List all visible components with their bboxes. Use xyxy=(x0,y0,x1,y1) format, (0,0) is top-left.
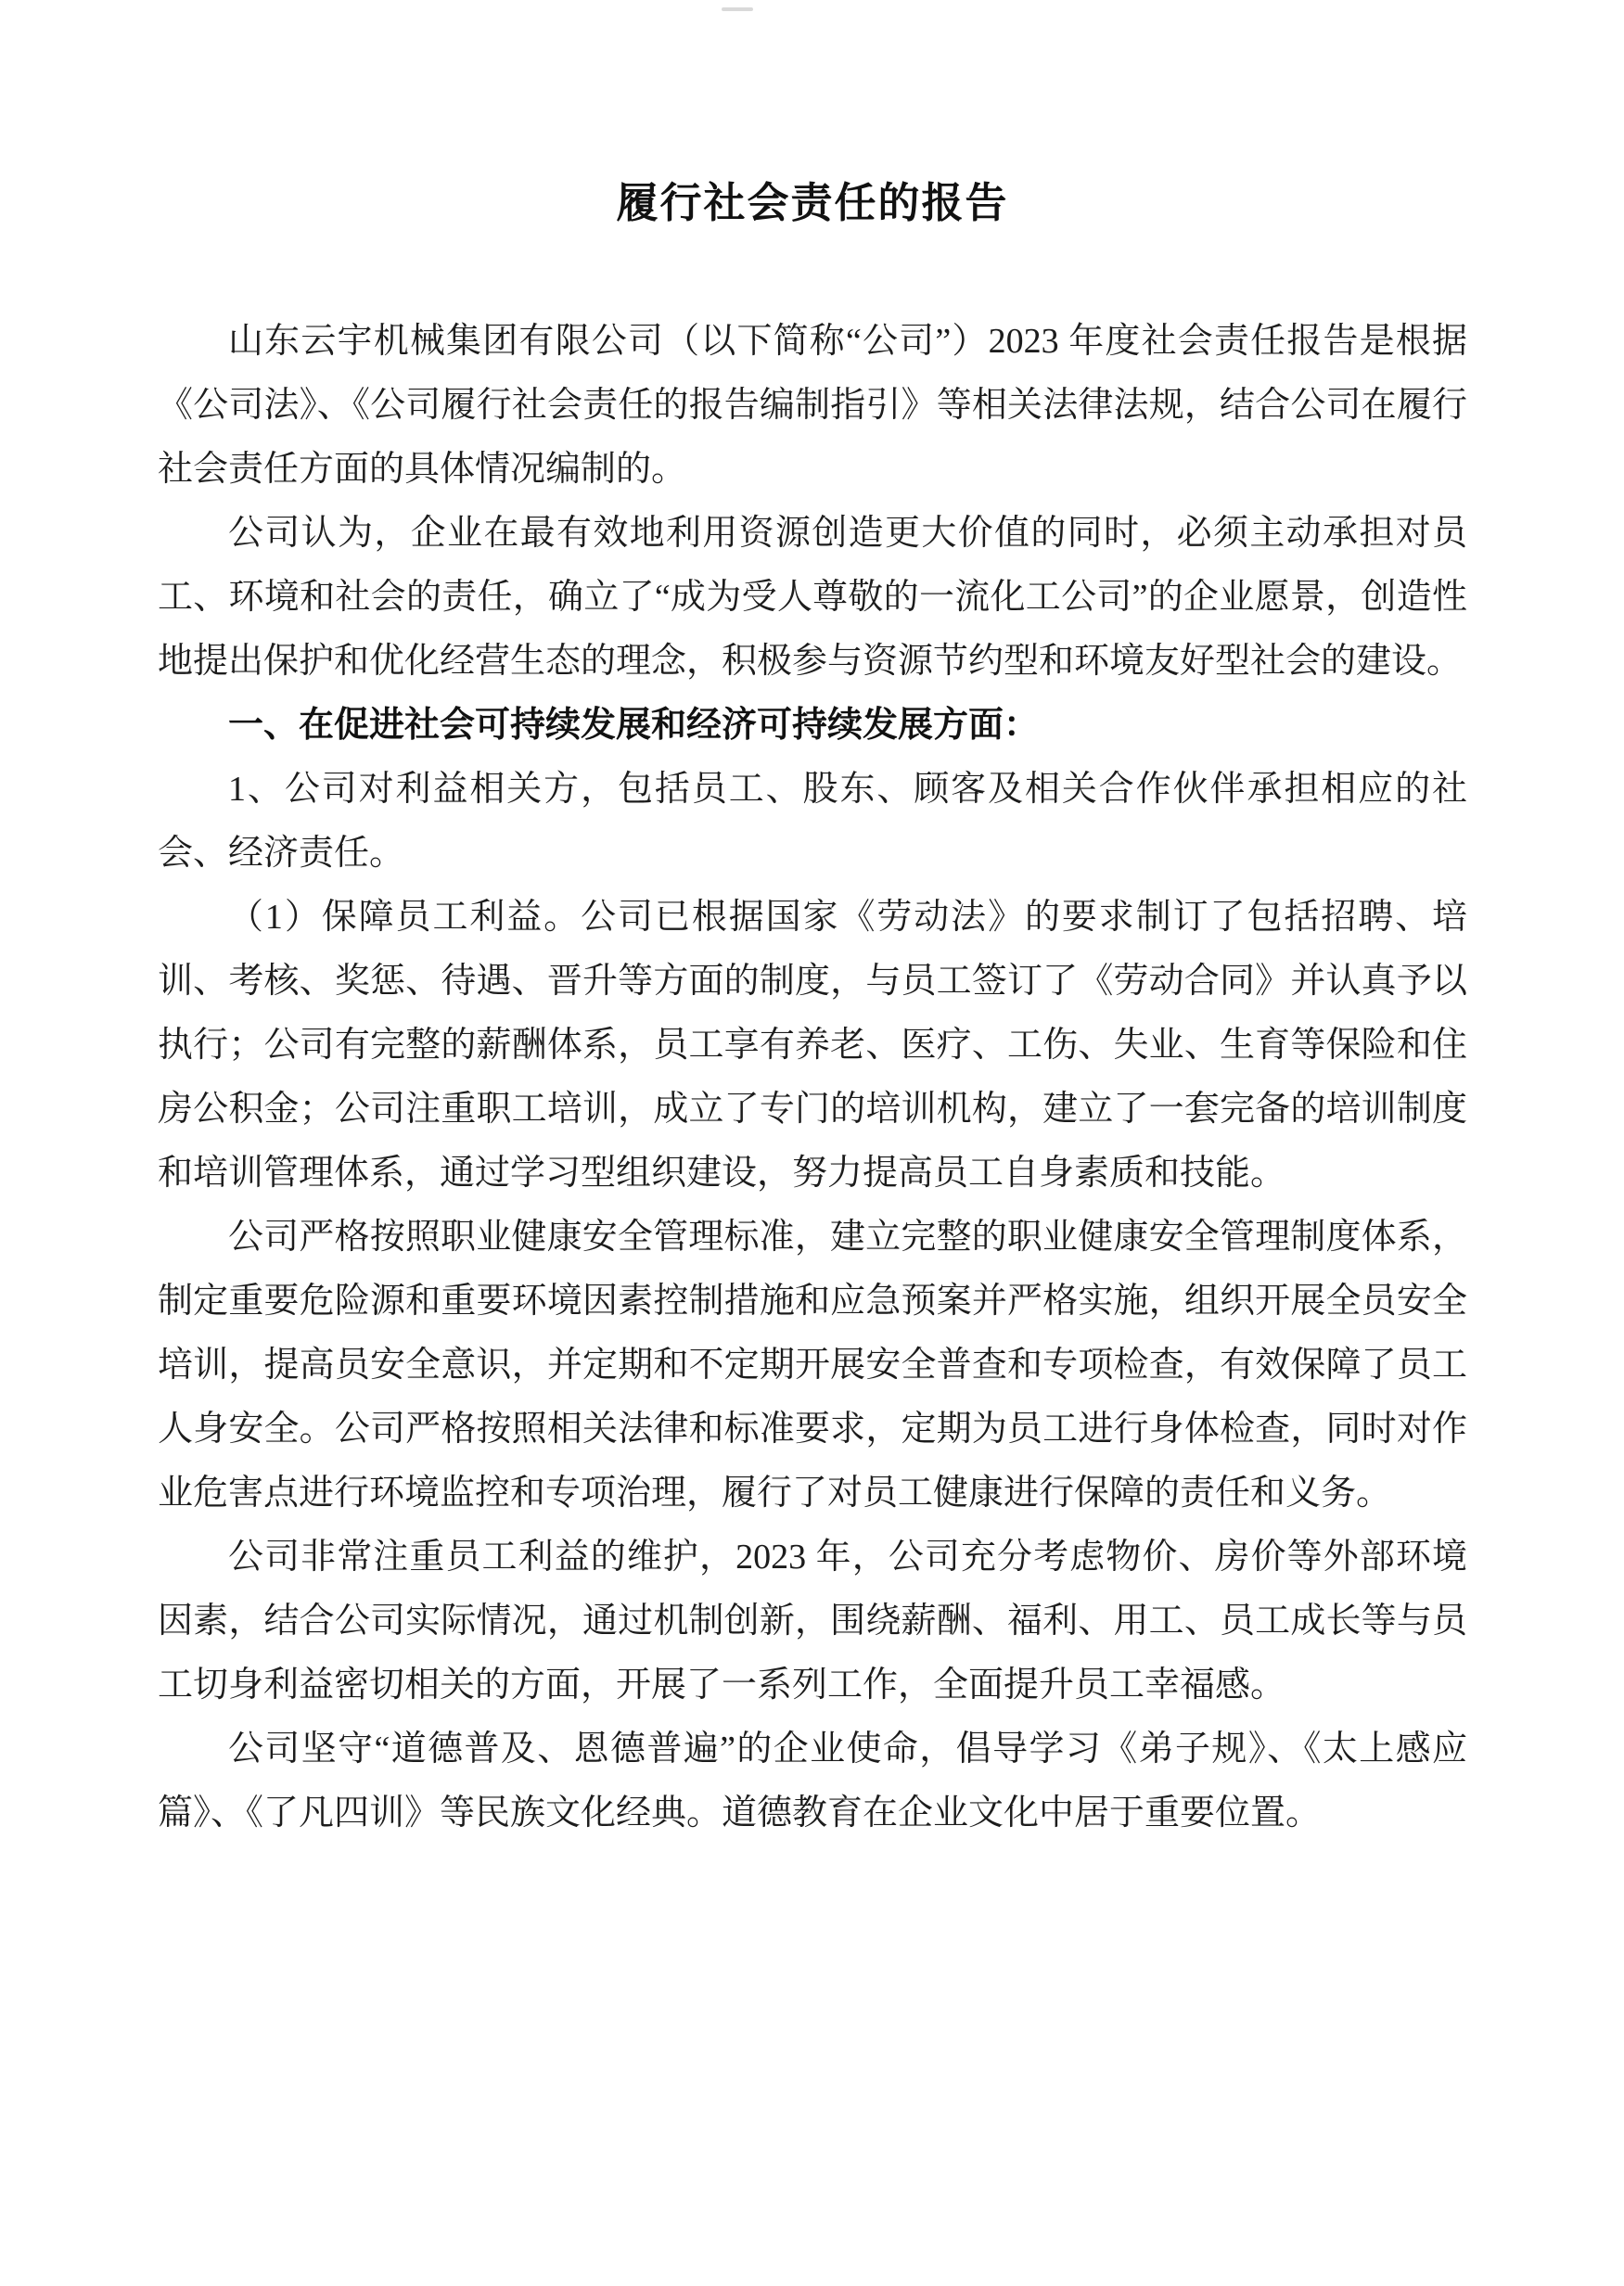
paragraph-intro: 山东云宇机械集团有限公司（以下简称“公司”）2023 年度社会责任报告是根据《公… xyxy=(158,310,1467,502)
document-page: 履行社会责任的报告 山东云宇机械集团有限公司（以下简称“公司”）2023 年度社… xyxy=(158,0,1467,2286)
paragraph-occupational-health-safety: 公司严格按照职业健康安全管理标准，建立完整的职业健康安全管理制度体系，制定重要危… xyxy=(158,1206,1467,1526)
paragraph-stakeholder-responsibility: 1、公司对利益相关方，包括员工、股东、顾客及相关合作伙伴承担相应的社会、经济责任… xyxy=(158,758,1467,886)
paragraph-corporate-culture: 公司坚守“道德普及、恩德普遍”的企业使命，倡导学习《弟子规》、《太上感应篇》、《… xyxy=(158,1718,1467,1845)
section-heading-sustainable-development: 一、在促进社会可持续发展和经济可持续发展方面： xyxy=(158,694,1467,758)
paragraph-employee-welfare-2023: 公司非常注重员工利益的维护，2023 年，公司充分考虑物价、房价等外部环境因素，… xyxy=(158,1526,1467,1718)
scanned-report-page: { "document": { "title": "履行社会责任的报告", "p… xyxy=(0,0,1624,2286)
paragraph-employee-rights: （1）保障员工利益。公司已根据国家《劳动法》的要求制订了包括招聘、培训、考核、奖… xyxy=(158,886,1467,1206)
document-body: 山东云宇机械集团有限公司（以下简称“公司”）2023 年度社会责任报告是根据《公… xyxy=(158,310,1467,1845)
paragraph-company-belief: 公司认为，企业在最有效地利用资源创造更大价值的同时，必须主动承担对员工、环境和社… xyxy=(158,502,1467,694)
document-title: 履行社会责任的报告 xyxy=(158,0,1467,230)
